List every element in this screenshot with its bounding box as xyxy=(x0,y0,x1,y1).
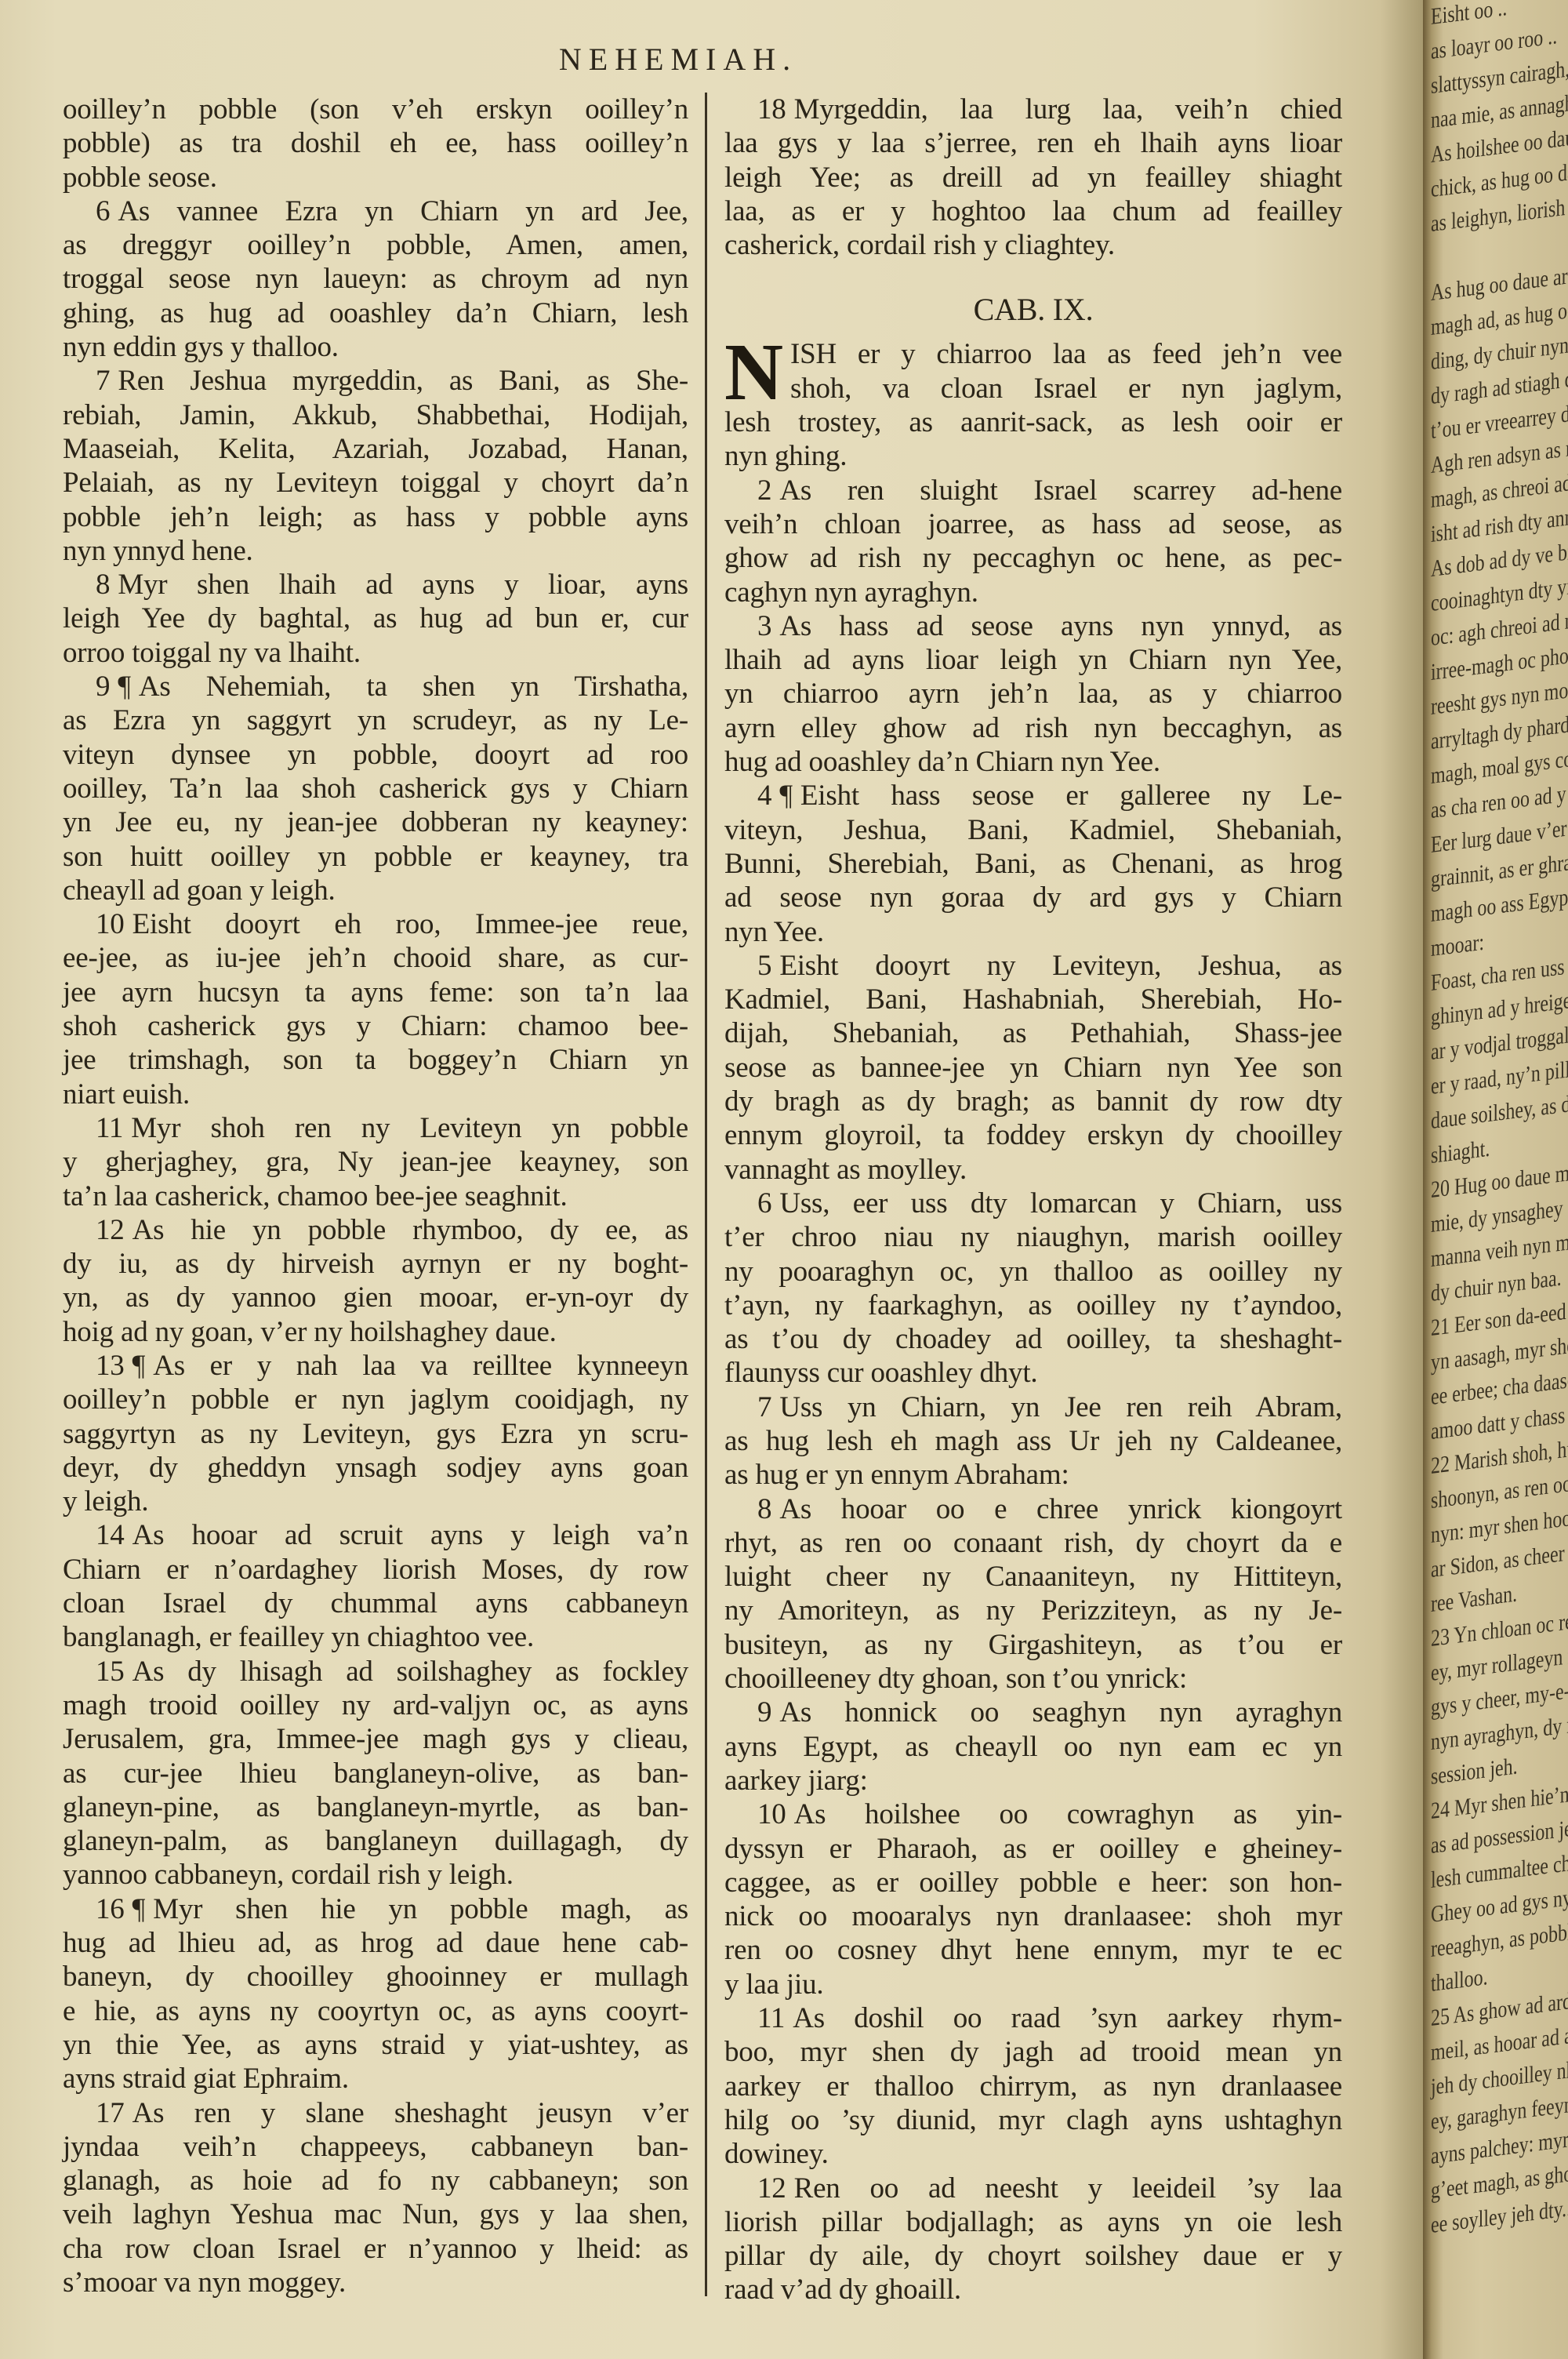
drop-cap: N xyxy=(724,339,783,406)
text-line: glanagh, as hoie ad fo ny cabbaneyn; son xyxy=(63,2164,688,2197)
facing-page-text: Eisht oo .. as loayr oo roo ..slattyssyn… xyxy=(1431,0,1568,2243)
line-text: Myr shen hie yn pobble magh, as xyxy=(153,1893,688,1925)
line-text: ooilley, Ta’n laa shoh casherick gys y C… xyxy=(63,772,688,805)
line-text: niart euish. xyxy=(63,1078,190,1110)
line-text: ren oo cosney dhyt hene ennym, myr te ec xyxy=(724,1934,1342,1966)
line-text: vannaght as moylley. xyxy=(724,1154,967,1186)
line-text: as t’ou dy choadey ad ooilley, ta shesha… xyxy=(724,1323,1342,1355)
line-text: boo, myr shen dy jagh ad trooid mean yn xyxy=(724,2036,1342,2068)
line-text: veih’n chloan joarree, as hass ad seose,… xyxy=(724,508,1342,540)
line-text: As hooar oo e chree ynrick kiongoyrt xyxy=(779,1493,1342,1525)
text-line: yn Jee eu, ny jean-jee dobberan ny keayn… xyxy=(63,805,688,839)
text-line: ad seose nyn goraa dy ard gys y Chiarn xyxy=(724,881,1342,914)
verse-start-line: 12As hie yn pobble rhymboo, dy ee, as xyxy=(63,1213,688,1247)
line-text: caggee, as er ooilley pobble e heer: son… xyxy=(724,1866,1342,1899)
verse-start-line: 9¶As Nehemiah, ta shen yn Tirshatha, xyxy=(63,670,688,703)
text-line: deyr, dy gheddyn ynsagh sodjey ayns goan xyxy=(63,1451,688,1485)
text-line: busiteyn, as ny Girgashiteyn, as t’ou er xyxy=(724,1628,1342,1662)
text-line: ee-jee, as iu-jee jeh’n chooid share, as… xyxy=(63,941,688,975)
text-line: glaneyn-pine, as banglaneyn-myrtle, as b… xyxy=(63,1790,688,1824)
verse-number: 10 xyxy=(757,1798,786,1830)
line-text: ny pooaraghyn oc, yn thalloo as ooilley … xyxy=(724,1256,1342,1288)
text-line: hilg oo ’sy diunid, myr clagh ayns ushta… xyxy=(724,2103,1342,2137)
line-text: son huitt ooilley yn pobble er keayney, … xyxy=(63,841,688,873)
line-text: Jerusalem, gra, Immee-jee magh gys y cli… xyxy=(63,1723,688,1755)
line-text: pobble jeh’n leigh; as hass y pobble ayn… xyxy=(63,501,688,533)
line-text: pobble seose. xyxy=(63,162,217,194)
text-line: Jerusalem, gra, Immee-jee magh gys y cli… xyxy=(63,1722,688,1756)
line-text: rhyt, as ren oo conaant rish, dy choyrt … xyxy=(724,1527,1342,1559)
line-text: lesh trostey, as aanrit-sack, as lesh oo… xyxy=(724,406,1342,438)
line-text: ghing, as hug ad ooashley da’n Chiarn, l… xyxy=(63,297,688,329)
line-text: saggyrtyn as ny Leviteyn, gys Ezra yn sc… xyxy=(63,1418,688,1450)
text-line: Maaseiah, Kelita, Azariah, Jozabad, Hana… xyxy=(63,432,688,466)
text-line: y gherjaghey, gra, Ny jean-jee keayney, … xyxy=(63,1145,688,1179)
text-line: hug ad ooashley da’n Chiarn nyn Yee. xyxy=(724,745,1342,779)
verse-number: 3 xyxy=(757,610,771,642)
text-line: ooilley, Ta’n laa shoh casherick gys y C… xyxy=(63,772,688,805)
text-line: ren oo cosney dhyt hene ennym, myr te ec xyxy=(724,1933,1342,1967)
verse-number: 18 xyxy=(757,93,786,125)
text-line: hug ad lhieu ad, as hrog ad daue hene ca… xyxy=(63,1926,688,1960)
text-line: ayns straid giat Ephraim. xyxy=(63,2062,688,2095)
text-line: lesh trostey, as aanrit-sack, as lesh oo… xyxy=(724,405,1342,439)
line-text: ghow ad rish ny peccaghyn oc hene, as pe… xyxy=(724,542,1342,574)
text-line: as hug er yn ennym Abraham: xyxy=(724,1458,1342,1492)
line-text: e hie, as ayns ny cooyrtyn oc, as ayns c… xyxy=(63,1995,688,2027)
text-line: cha row cloan Israel er n’yannoo y lheid… xyxy=(63,2232,688,2266)
text-line: ooilley’n pobble er nyn jaglym cooidjagh… xyxy=(63,1383,688,1416)
text-line: boo, myr shen dy jagh ad trooid mean yn xyxy=(724,2035,1342,2069)
verse-start-line: 4¶Eisht hass seose er galleree ny Le- xyxy=(724,779,1342,812)
text-line: ennym gloyroil, ta foddey erskyn dy choo… xyxy=(724,1118,1342,1152)
line-text: Myr shoh ren ny Leviteyn yn pobble xyxy=(131,1112,688,1144)
text-line: Kadmiel, Bani, Hashabniah, Sherebiah, Ho… xyxy=(724,983,1342,1016)
pilcrow-icon: ¶ xyxy=(132,1350,146,1382)
line-text: busiteyn, as ny Girgashiteyn, as t’ou er xyxy=(724,1629,1342,1661)
line-text: As hie yn pobble rhymboo, dy ee, as xyxy=(132,1214,688,1246)
text-line: rebiah, Jamin, Akkub, Shabbethai, Hodija… xyxy=(63,398,688,432)
verse-start-line: 10Eisht dooyrt eh roo, Immee-jee reue, xyxy=(63,907,688,941)
verse-start-line: 6As vannee Ezra yn Chiarn yn ard Jee, xyxy=(63,194,688,228)
text-line: y laa jiu. xyxy=(724,1968,1342,2001)
line-text: Myr shen lhaih ad ayns y lioar, ayns xyxy=(118,569,688,601)
verse-number: 7 xyxy=(96,365,110,397)
right-column-verses: lesh trostey, as aanrit-sack, as lesh oo… xyxy=(724,405,1342,2307)
pilcrow-icon: ¶ xyxy=(779,780,793,812)
line-text: hug ad ooashley da’n Chiarn nyn Yee. xyxy=(724,746,1160,778)
text-line: nyn Yee. xyxy=(724,915,1342,949)
right-column: 18Myrgeddin, laa lurg laa, veih’n chiedl… xyxy=(724,93,1342,2307)
line-text: as Ezra yn saggyrt yn scrudeyr, as ny Le… xyxy=(63,704,688,736)
text-line: yn, as dy yannoo gien mooar, er-yn-oyr d… xyxy=(63,1281,688,1314)
line-text: nick oo mooaralys nyn dranlaasee: shoh m… xyxy=(724,1900,1342,1932)
text-line: as cur-jee lhieu banglaneyn-olive, as ba… xyxy=(63,1757,688,1790)
text-line: troggal seose nyn laueyn: as chroym ad n… xyxy=(63,262,688,296)
text-line: flaunyss cur ooashley dhyt. xyxy=(724,1356,1342,1390)
line-text: As ren y slane sheshaght jeusyn v’er xyxy=(132,2097,688,2129)
line-text: troggal seose nyn laueyn: as chroym ad n… xyxy=(63,263,688,295)
line-text: glaneyn-pine, as banglaneyn-myrtle, as b… xyxy=(63,1791,688,1823)
line-text: Eisht hass seose er galleree ny Le- xyxy=(800,780,1342,812)
text-line: yn thie Yee, as ayns straid y yiat-ushte… xyxy=(63,2028,688,2062)
verse-start-line: 12Ren oo ad neesht y leeideil ’sy laa xyxy=(724,2172,1342,2205)
pilcrow-icon: ¶ xyxy=(118,671,131,703)
line-text: ooilley’n pobble (son v’eh erskyn ooille… xyxy=(63,93,688,125)
line-text: As hass ad seose ayns nyn ynnyd, as xyxy=(779,610,1342,642)
text-line: nyn ynnyd hene. xyxy=(63,534,688,568)
verse-start-line: 9As honnick oo seaghyn nyn ayraghyn xyxy=(724,1696,1342,1729)
text-line: caggee, as er ooilley pobble e heer: son… xyxy=(724,1866,1342,1899)
line-text: leigh Yee; as dreill ad yn feailley shia… xyxy=(724,162,1342,194)
text-line: ayrn elley ghow ad rish nyn beccaghyn, a… xyxy=(724,711,1342,745)
verse-start-line: 7Ren Jeshua myrgeddin, as Bani, as She- xyxy=(63,364,688,398)
line-text: as hug er yn ennym Abraham: xyxy=(724,1459,1069,1491)
text-line: lhaih ad ayns lioar leigh yn Chiarn nyn … xyxy=(724,643,1342,677)
verse-number: 16 xyxy=(96,1893,125,1925)
line-text: hilg oo ’sy diunid, myr clagh ayns ushta… xyxy=(724,2104,1342,2136)
text-line: aarkey jiarg: xyxy=(724,1764,1342,1797)
line-text: Ren oo ad neesht y leeideil ’sy laa xyxy=(794,2172,1342,2205)
line-text: y gherjaghey, gra, Ny jean-jee keayney, … xyxy=(63,1146,688,1178)
text-line: nyn ghing. xyxy=(724,439,1342,473)
text-line: banglanagh, er feailley yn chiaghtoo vee… xyxy=(63,1620,688,1654)
text-line: liorish pillar bodjallagh; as ayns yn oi… xyxy=(724,2205,1342,2239)
drop-cap-line-2: shoh, va cloan Israel er nyn jaglym, xyxy=(724,372,1342,405)
text-line: luight cheer ny Canaaniteyn, ny Hittitey… xyxy=(724,1560,1342,1594)
line-text: chooilleeney dty ghoan, son t’ou ynrick: xyxy=(724,1663,1187,1695)
line-text: dyssyn er Pharaoh, as er ooilley e ghein… xyxy=(724,1833,1342,1865)
text-line: ghing, as hug ad ooashley da’n Chiarn, l… xyxy=(63,296,688,330)
line-text: As ren sluight Israel scarrey ad-hene xyxy=(779,474,1342,507)
verse-start-line: 18Myrgeddin, laa lurg laa, veih’n chied xyxy=(724,93,1342,126)
line-text: ayns straid giat Ephraim. xyxy=(63,2063,349,2095)
line-text: yn thie Yee, as ayns straid y yiat-ushte… xyxy=(63,2029,688,2061)
text-line: jyndaa veih’n chappeeys, cabbaneyn ban- xyxy=(63,2130,688,2164)
text-line: dyssyn er Pharaoh, as er ooilley e ghein… xyxy=(724,1832,1342,1866)
verse-number: 9 xyxy=(96,671,110,703)
book-page: NEHEMIAH. ooilley’n pobble (son v’eh ers… xyxy=(0,0,1423,2359)
verse-number: 6 xyxy=(96,195,110,227)
text-line: ny Amoriteyn, as ny Perizziteyn, as ny J… xyxy=(724,1594,1342,1627)
text-line: pobble seose. xyxy=(63,161,688,194)
line-text: ad seose nyn goraa dy ard gys y Chiarn xyxy=(724,881,1342,914)
verse-start-line: 13¶As er y nah laa va reilltee kynneeyn xyxy=(63,1349,688,1383)
line-text: glanagh, as hoie ad fo ny cabbaneyn; son xyxy=(63,2165,688,2197)
line-text: Eisht dooyrt eh roo, Immee-jee reue, xyxy=(132,908,688,940)
text-line: magh trooid ooilley ny ard-valjyn oc, as… xyxy=(63,1688,688,1722)
line-text: s’mooar va nyn moggey. xyxy=(63,2266,346,2299)
text-line: raad v’ad dy ghoaill. xyxy=(724,2273,1342,2306)
verse-start-line: 11Myr shoh ren ny Leviteyn yn pobble xyxy=(63,1111,688,1145)
line-text: Uss yn Chiarn, yn Jee ren reih Abram, xyxy=(779,1391,1342,1423)
line-text: nyn Yee. xyxy=(724,916,824,948)
text-line: as dreggyr ooilley’n pobble, Amen, amen, xyxy=(63,228,688,262)
text-line: saggyrtyn as ny Leviteyn, gys Ezra yn sc… xyxy=(63,1417,688,1451)
text-line: niart euish. xyxy=(63,1078,688,1111)
text-line: casherick, cordail rish y cliaghtey. xyxy=(724,228,1342,262)
line-text: glaneyn-palm, as banglaneyn duillagagh, … xyxy=(63,1825,688,1857)
text-line: yannoo cabbaneyn, cordail rish y leigh. xyxy=(63,1858,688,1892)
text-line: veih’n chloan joarree, as hass ad seose,… xyxy=(724,507,1342,541)
line-text: dijah, Shebaniah, as Pethahiah, Shass-je… xyxy=(724,1017,1342,1049)
line-text: pillar dy aile, dy choyrt soilshey daue … xyxy=(724,2240,1342,2272)
verse-start-line: 6Uss, eer uss dty lomarcan y Chiarn, uss xyxy=(724,1187,1342,1220)
line-text: liorish pillar bodjallagh; as ayns yn oi… xyxy=(724,2206,1342,2238)
verse-start-line: 15As dy lhisagh ad soilshaghey as fockle… xyxy=(63,1655,688,1688)
text-line: caghyn nyn ayraghyn. xyxy=(724,576,1342,609)
text-line: as hug lesh eh magh ass Ur jeh ny Caldea… xyxy=(724,1424,1342,1458)
text-line: viteyn dynsee yn pobble, dooyrt ad roo xyxy=(63,738,688,772)
verse-number: 5 xyxy=(757,950,771,982)
line-text: hug ad lhieu ad, as hrog ad daue hene ca… xyxy=(63,1927,688,1959)
verse-number: 4 xyxy=(757,780,771,812)
verse-start-line: 14As hooar ad scruit ayns y leigh va’n xyxy=(63,1518,688,1552)
text-line: cloan Israel dy chummal ayns cabbaneyn xyxy=(63,1587,688,1620)
line-text: nyn ynnyd hene. xyxy=(63,535,253,567)
line-text: as cur-jee lhieu banglaneyn-olive, as ba… xyxy=(63,1757,688,1790)
line-text: ny Amoriteyn, as ny Perizziteyn, as ny J… xyxy=(724,1594,1342,1627)
line-text: y laa jiu. xyxy=(724,1968,823,2001)
line-text: nyn ghing. xyxy=(724,440,847,472)
line-text: Chiarn er n’oardaghey liorish Moses, dy … xyxy=(63,1554,688,1586)
text-line: veih laghyn Yeshua mac Nun, gys y laa sh… xyxy=(63,2197,688,2231)
verse-start-line: 8As hooar oo e chree ynrick kiongoyrt xyxy=(724,1492,1342,1526)
line-text: Kadmiel, Bani, Hashabniah, Sherebiah, Ho… xyxy=(724,983,1342,1016)
text-line: s’mooar va nyn moggey. xyxy=(63,2266,688,2299)
drop-cap-line-1: ISH er y chiarroo laa as feed jeh’n vee xyxy=(724,337,1342,371)
line-text: cha row cloan Israel er n’yannoo y lheid… xyxy=(63,2233,688,2265)
line-text: shoh casherick gys y Chiarn: chamoo bee- xyxy=(63,1010,688,1042)
line-text: t’ayn, ny faarkaghyn, as ooilley ny t’ay… xyxy=(724,1289,1342,1321)
line-text: jee trimshagh, son ta boggey’n Chiarn yn xyxy=(63,1044,688,1076)
text-line: vannaght as moylley. xyxy=(724,1153,1342,1187)
verse-number: 12 xyxy=(96,1214,125,1246)
text-line: laa, as er y hoghtoo laa chum ad feaille… xyxy=(724,194,1342,228)
line-text: dy bragh as dy bragh; as bannit dy row d… xyxy=(724,1085,1342,1118)
verse-start-line: 11As doshil oo raad ’syn aarkey rhym- xyxy=(724,2001,1342,2035)
line-text: flaunyss cur ooashley dhyt. xyxy=(724,1357,1037,1389)
line-text: As er y nah laa va reilltee kynneeyn xyxy=(153,1350,688,1382)
text-line: laa gys y laa s’jerree, ren eh lhaih ayn… xyxy=(724,126,1342,160)
text-line: aarkey er thalloo chirrym, as nyn dranla… xyxy=(724,2070,1342,2103)
right-column-verse-18: 18Myrgeddin, laa lurg laa, veih’n chiedl… xyxy=(724,93,1342,262)
line-text: pobble) as tra doshil eh ee, hass ooille… xyxy=(63,127,688,159)
verse-number: 15 xyxy=(96,1656,125,1688)
line-text: luight cheer ny Canaaniteyn, ny Hittitey… xyxy=(724,1561,1342,1593)
verse-start-line: 8Myr shen lhaih ad ayns y lioar, ayns xyxy=(63,568,688,602)
verse-start-line: 3As hass ad seose ayns nyn ynnyd, as xyxy=(724,609,1342,643)
verse-start-line: 7Uss yn Chiarn, yn Jee ren reih Abram, xyxy=(724,1390,1342,1424)
line-text: dowiney. xyxy=(724,2138,829,2170)
text-line: pobble) as tra doshil eh ee, hass ooille… xyxy=(63,126,688,160)
line-text: orroo toiggal ny va lhaiht. xyxy=(63,637,361,669)
line-text: ayrn elley ghow ad rish nyn beccaghyn, a… xyxy=(724,712,1342,744)
line-text: yn, as dy yannoo gien mooar, er-yn-oyr d… xyxy=(63,1281,688,1314)
text-line: dijah, Shebaniah, as Pethahiah, Shass-je… xyxy=(724,1016,1342,1050)
text-line: viteyn, Jeshua, Bani, Kadmiel, Shebaniah… xyxy=(724,813,1342,847)
text-line: ooilley’n pobble (son v’eh erskyn ooille… xyxy=(63,93,688,126)
line-text: magh trooid ooilley ny ard-valjyn oc, as… xyxy=(63,1689,688,1721)
column-divider xyxy=(705,93,707,2296)
text-line: jee ayrn hucsyn ta ayns feme: son ta’n l… xyxy=(63,976,688,1009)
line-text: As vannee Ezra yn Chiarn yn ard Jee, xyxy=(118,195,688,227)
line-text: As Nehemiah, ta shen yn Tirshatha, xyxy=(139,671,688,703)
text-line: jee trimshagh, son ta boggey’n Chiarn yn xyxy=(63,1043,688,1077)
line-text: as dreggyr ooilley’n pobble, Amen, amen, xyxy=(63,229,688,261)
text-line: pobble jeh’n leigh; as hass y pobble ayn… xyxy=(63,500,688,534)
verse-number: 8 xyxy=(757,1493,771,1525)
line-text: Pelaiah, as ny Leviteyn toiggal y choyrt… xyxy=(63,467,688,499)
line-text: cloan Israel dy chummal ayns cabbaneyn xyxy=(63,1587,688,1619)
line-text: As honnick oo seaghyn nyn ayraghyn xyxy=(779,1696,1342,1728)
line-text: ta’n laa casherick, chamoo bee-jee seagh… xyxy=(63,1180,568,1212)
line-text: raad v’ad dy ghoaill. xyxy=(724,2274,961,2306)
text-line: hoig ad ny goan, v’er ny hoilshaghey dau… xyxy=(63,1315,688,1349)
text-line: t’er chroo niau ny niaughyn, marish ooil… xyxy=(724,1220,1342,1254)
line-text: yn chiarroo ayrn jeh’n laa, as y chiarro… xyxy=(724,678,1342,710)
text-line: son huitt ooilley yn pobble er keayney, … xyxy=(63,840,688,874)
text-line: pillar dy aile, dy choyrt soilshey daue … xyxy=(724,2239,1342,2273)
text-line: dy iu, as dy hirveish ayrnyn er ny boght… xyxy=(63,1247,688,1281)
line-text: As dy lhisagh ad soilshaghey as fockley xyxy=(132,1656,688,1688)
line-text: casherick, cordail rish y cliaghtey. xyxy=(724,229,1115,261)
line-text: nyn eddin gys y thalloo. xyxy=(63,331,339,363)
left-column: ooilley’n pobble (son v’eh erskyn ooille… xyxy=(63,93,688,2299)
line-text: As hooar ad scruit ayns y leigh va’n xyxy=(132,1519,688,1551)
line-text: Maaseiah, Kelita, Azariah, Jozabad, Hana… xyxy=(63,433,688,465)
line-text: aarkey er thalloo chirrym, as nyn dranla… xyxy=(724,2070,1342,2103)
text-line: dy bragh as dy bragh; as bannit dy row d… xyxy=(724,1085,1342,1118)
text-line: ta’n laa casherick, chamoo bee-jee seagh… xyxy=(63,1179,688,1213)
text-line: Pelaiah, as ny Leviteyn toiggal y choyrt… xyxy=(63,466,688,500)
verse-number: 17 xyxy=(96,2097,125,2129)
line-text: jee ayrn hucsyn ta ayns feme: son ta’n l… xyxy=(63,976,688,1009)
line-text: banglanagh, er feailley yn chiaghtoo vee… xyxy=(63,1621,534,1653)
text-line: yn chiarroo ayrn jeh’n laa, as y chiarro… xyxy=(724,677,1342,711)
verse-number: 8 xyxy=(96,569,110,601)
verse-start-line: 17As ren y slane sheshaght jeusyn v’er xyxy=(63,2096,688,2130)
line-text: veih laghyn Yeshua mac Nun, gys y laa sh… xyxy=(63,2198,688,2230)
line-text: laa, as er y hoghtoo laa chum ad feaille… xyxy=(724,195,1342,227)
line-text: deyr, dy gheddyn ynsagh sodjey ayns goan xyxy=(63,1452,688,1484)
line-text: t’er chroo niau ny niaughyn, marish ooil… xyxy=(724,1221,1342,1253)
line-text: As doshil oo raad ’syn aarkey rhym- xyxy=(793,2002,1342,2034)
line-text: Uss, eer uss dty lomarcan y Chiarn, uss xyxy=(779,1187,1342,1219)
verse-start-line: 16¶Myr shen hie yn pobble magh, as xyxy=(63,1892,688,1926)
line-text: viteyn dynsee yn pobble, dooyrt ad roo xyxy=(63,739,688,771)
verse-start-line: 10As hoilshee oo cowraghyn as yin- xyxy=(724,1797,1342,1831)
facing-page-edge: Eisht oo .. as loayr oo roo ..slattyssyn… xyxy=(1423,0,1568,2359)
line-text: laa gys y laa s’jerree, ren eh lhaih ayn… xyxy=(724,127,1342,159)
text-line: leigh Yee; as dreill ad yn feailley shia… xyxy=(724,161,1342,194)
text-line: as Ezra yn saggyrt yn scrudeyr, as ny Le… xyxy=(63,703,688,737)
text-line: rhyt, as ren oo conaant rish, dy choyrt … xyxy=(724,1526,1342,1560)
text-line: Chiarn er n’oardaghey liorish Moses, dy … xyxy=(63,1553,688,1587)
line-text: y leigh. xyxy=(63,1485,148,1518)
line-text: hoig ad ny goan, v’er ny hoilshaghey dau… xyxy=(63,1316,557,1348)
text-line: nyn eddin gys y thalloo. xyxy=(63,330,688,364)
verse-number: 2 xyxy=(757,474,771,507)
line-text: ooilley’n pobble er nyn jaglym cooidjagh… xyxy=(63,1383,688,1416)
verse-number: 11 xyxy=(96,1112,123,1144)
line-text: leigh Yee dy baghtal, as hug ad bun er, … xyxy=(63,602,688,634)
verse-number: 10 xyxy=(96,908,125,940)
line-text: viteyn, Jeshua, Bani, Kadmiel, Shebaniah… xyxy=(724,814,1342,846)
line-text: aarkey jiarg: xyxy=(724,1765,868,1797)
line-text: As hoilshee oo cowraghyn as yin- xyxy=(794,1798,1342,1830)
verse-number: 7 xyxy=(757,1391,771,1423)
text-line: y leigh. xyxy=(63,1485,688,1518)
line-text: Bunni, Sherebiah, Bani, as Chenani, as h… xyxy=(724,848,1342,880)
line-text: as hug lesh eh magh ass Ur jeh ny Caldea… xyxy=(724,1425,1342,1457)
text-line: e hie, as ayns ny cooyrtyn oc, as ayns c… xyxy=(63,1994,688,2028)
line-text: lhaih ad ayns lioar leigh yn Chiarn nyn … xyxy=(724,644,1342,676)
verse-number: 14 xyxy=(96,1519,125,1551)
line-text: ee-jee, as iu-jee jeh’n chooid share, as… xyxy=(63,942,688,974)
line-text: jyndaa veih’n chappeeys, cabbaneyn ban- xyxy=(63,2131,688,2163)
text-line: ny pooaraghyn oc, yn thalloo as ooilley … xyxy=(724,1255,1342,1289)
line-text: Eisht dooyrt ny Leviteyn, Jeshua, as xyxy=(779,950,1342,982)
line-text: caghyn nyn ayraghyn. xyxy=(724,576,978,609)
line-text: cheayll ad goan y leigh. xyxy=(63,874,336,907)
line-text: yn Jee eu, ny jean-jee dobberan ny keayn… xyxy=(63,806,688,838)
text-line: cheayll ad goan y leigh. xyxy=(63,874,688,907)
line-text: rebiah, Jamin, Akkub, Shabbethai, Hodija… xyxy=(63,399,688,431)
line-text: baneyn, dy chooilley ghooinney er mullag… xyxy=(63,1961,688,1993)
running-head: NEHEMIAH. xyxy=(0,41,1356,78)
text-line: chooilleeney dty ghoan, son t’ou ynrick: xyxy=(724,1662,1342,1696)
verse-number: 6 xyxy=(757,1187,771,1219)
verse-start-line: 5Eisht dooyrt ny Leviteyn, Jeshua, as xyxy=(724,949,1342,983)
line-text: Myrgeddin, laa lurg laa, veih’n chied xyxy=(794,93,1342,125)
line-text: ennym gloyroil, ta foddey erskyn dy choo… xyxy=(724,1119,1342,1151)
verse-number: 12 xyxy=(757,2172,786,2205)
line-text: ayns Egypt, as cheayll oo nyn eam ec yn xyxy=(724,1731,1342,1763)
chapter-opening: N ISH er y chiarroo laa as feed jeh’n ve… xyxy=(724,337,1342,405)
verse-number: 9 xyxy=(757,1696,771,1728)
text-line: ayns Egypt, as cheayll oo nyn eam ec yn xyxy=(724,1730,1342,1764)
chapter-heading: CAB. IX. xyxy=(724,290,1342,329)
pilcrow-icon: ¶ xyxy=(132,1893,146,1925)
text-line: seose as bannee-jee yn Chiarn nyn Yee so… xyxy=(724,1051,1342,1085)
verse-start-line: 2As ren sluight Israel scarrey ad-hene xyxy=(724,474,1342,507)
text-line: glaneyn-palm, as banglaneyn duillagagh, … xyxy=(63,1824,688,1858)
text-line: as t’ou dy choadey ad ooilley, ta shesha… xyxy=(724,1322,1342,1356)
text-line: nick oo mooaralys nyn dranlaasee: shoh m… xyxy=(724,1899,1342,1933)
text-line: baneyn, dy chooilley ghooinney er mullag… xyxy=(63,1960,688,1994)
text-line: dowiney. xyxy=(724,2137,1342,2171)
verse-number: 13 xyxy=(96,1350,125,1382)
line-text: yannoo cabbaneyn, cordail rish y leigh. xyxy=(63,1859,514,1891)
line-text: seose as bannee-jee yn Chiarn nyn Yee so… xyxy=(724,1052,1342,1084)
line-text: Ren Jeshua myrgeddin, as Bani, as She- xyxy=(118,365,688,397)
text-line: ghow ad rish ny peccaghyn oc hene, as pe… xyxy=(724,541,1342,575)
line-text: dy iu, as dy hirveish ayrnyn er ny boght… xyxy=(63,1248,688,1280)
text-line: shoh casherick gys y Chiarn: chamoo bee- xyxy=(63,1009,688,1043)
verse-number: 11 xyxy=(757,2002,785,2034)
text-line: orroo toiggal ny va lhaiht. xyxy=(63,636,688,670)
text-line: t’ayn, ny faarkaghyn, as ooilley ny t’ay… xyxy=(724,1289,1342,1322)
text-line: Bunni, Sherebiah, Bani, as Chenani, as h… xyxy=(724,847,1342,881)
text-line: leigh Yee dy baghtal, as hug ad bun er, … xyxy=(63,602,688,635)
